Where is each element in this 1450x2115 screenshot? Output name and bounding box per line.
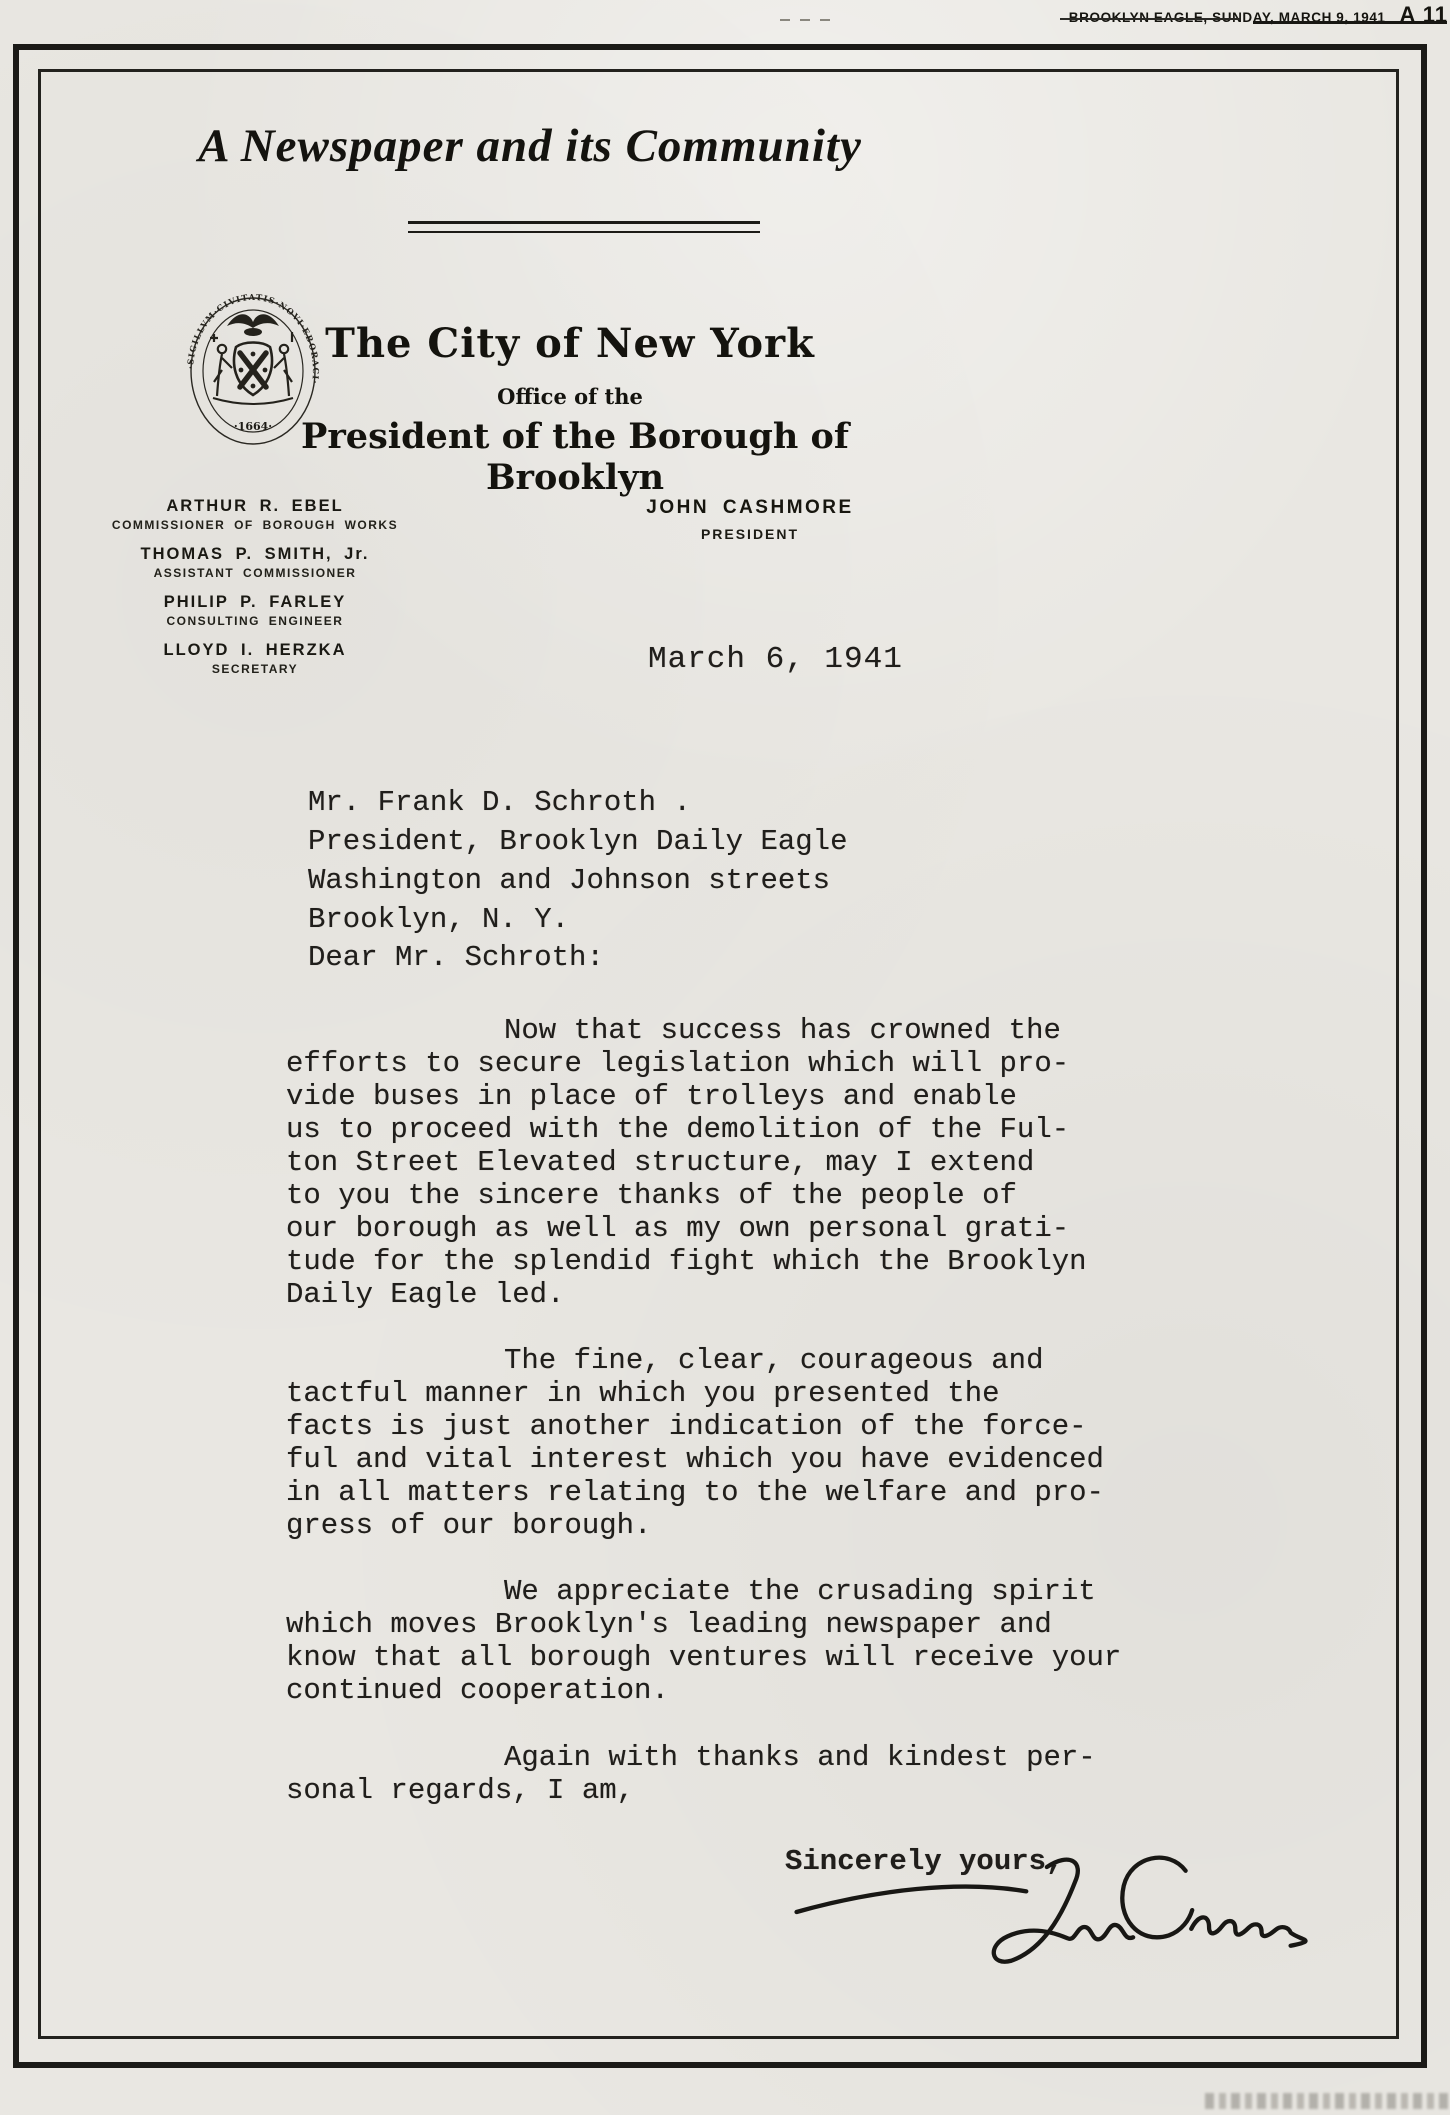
official-name: THOMAS P. SMITH, Jr. xyxy=(85,545,425,564)
body-line: our borough as well as my own personal g… xyxy=(286,1212,1186,1245)
masthead-rule xyxy=(1253,21,1447,24)
body-line: We appreciate the crusading spirit xyxy=(286,1575,1186,1608)
article-title: A Newspaper and its Community xyxy=(140,119,920,173)
official-title: COMMISSIONER OF BOROUGH WORKS xyxy=(85,518,425,532)
body-line: Now that success has crowned the xyxy=(286,1014,1186,1047)
body-line: Again with thanks and kindest per- xyxy=(286,1741,1186,1774)
signature-first-name xyxy=(994,1860,1133,1962)
signature-john-cashmore xyxy=(745,1852,1345,1987)
signature-flourish xyxy=(797,1887,1027,1912)
body-line: to you the sincere thanks of the people … xyxy=(286,1179,1186,1212)
scan-artifact-smudge xyxy=(1205,2093,1450,2109)
body-line: in all matters relating to the welfare a… xyxy=(286,1476,1186,1509)
signature-last-name xyxy=(1191,1917,1305,1945)
letter-paragraph-4: Again with thanks and kindest per- sonal… xyxy=(286,1741,1186,1807)
official-entry: PHILIP P. FARLEY CONSULTING ENGINEER xyxy=(85,593,425,628)
body-line: which moves Brooklyn's leading newspaper… xyxy=(286,1608,1186,1641)
official-title: ASSISTANT COMMISSIONER xyxy=(85,566,425,580)
body-line: ton Street Elevated structure, may I ext… xyxy=(286,1146,1186,1179)
official-name: LLOYD I. HERZKA xyxy=(85,641,425,660)
body-line: continued cooperation. xyxy=(286,1674,1186,1707)
title-double-rule xyxy=(408,221,760,233)
body-line: vide buses in place of trolleys and enab… xyxy=(286,1080,1186,1113)
masthead: BROOKLYN EAGLE, SUNDAY, MARCH 9, 1941 A … xyxy=(1000,2,1448,28)
president-title: PRESIDENT xyxy=(600,526,900,542)
letter-paragraph-1: Now that success has crowned the efforts… xyxy=(286,1014,1186,1311)
body-line: The fine, clear, courageous and xyxy=(286,1344,1186,1377)
official-entry: ARTHUR R. EBEL COMMISSIONER OF BOROUGH W… xyxy=(85,497,425,532)
masthead-rule xyxy=(1060,18,1240,20)
body-line: sonal regards, I am, xyxy=(286,1774,1186,1807)
body-line: gress of our borough. xyxy=(286,1509,1186,1542)
official-name: PHILIP P. FARLEY xyxy=(85,593,425,612)
official-entry: LLOYD I. HERZKA SECRETARY xyxy=(85,641,425,676)
scan-artifact-dashes xyxy=(780,19,836,21)
signature-last-initial xyxy=(1122,1858,1192,1938)
body-line: efforts to secure legislation which will… xyxy=(286,1047,1186,1080)
official-entry: THOMAS P. SMITH, Jr. ASSISTANT COMMISSIO… xyxy=(85,545,425,580)
letter-paragraph-3: We appreciate the crusading spirit which… xyxy=(286,1575,1186,1707)
body-line: know that all borough ventures will rece… xyxy=(286,1641,1186,1674)
official-title: SECRETARY xyxy=(85,662,425,676)
body-line: us to proceed with the demolition of the… xyxy=(286,1113,1186,1146)
seal-eagle-perch xyxy=(244,328,262,336)
letterhead-city: The City of New York xyxy=(270,320,870,367)
masthead-page-number: A 11 xyxy=(1400,2,1448,28)
recipient-line: President, Brooklyn Daily Eagle xyxy=(308,822,848,861)
body-line: ful and vital interest which you have ev… xyxy=(286,1443,1186,1476)
body-line: facts is just another indication of the … xyxy=(286,1410,1186,1443)
president-block: JOHN CASHMORE PRESIDENT xyxy=(600,497,900,542)
recipient-line: Washington and Johnson streets xyxy=(308,861,848,900)
body-line: tude for the splendid fight which the Br… xyxy=(286,1245,1186,1278)
letter-paragraph-2: The fine, clear, courageous and tactful … xyxy=(286,1344,1186,1542)
letterhead-office-line: Office of the xyxy=(270,384,870,409)
officials-list: ARTHUR R. EBEL COMMISSIONER OF BOROUGH W… xyxy=(85,497,425,689)
seal-shield xyxy=(234,343,272,396)
recipient-line: Mr. Frank D. Schroth . xyxy=(308,783,848,822)
official-title: CONSULTING ENGINEER xyxy=(85,614,425,628)
recipient-address: Mr. Frank D. Schroth . President, Brookl… xyxy=(308,783,848,939)
recipient-line: Brooklyn, N. Y. xyxy=(308,900,848,939)
letter-date: March 6, 1941 xyxy=(648,642,903,677)
body-line: tactful manner in which you presented th… xyxy=(286,1377,1186,1410)
official-name: ARTHUR R. EBEL xyxy=(85,497,425,516)
president-name: JOHN CASHMORE xyxy=(600,497,900,519)
letterhead-president-line: President of the Borough of Brooklyn xyxy=(230,416,920,498)
body-line: Daily Eagle led. xyxy=(286,1278,1186,1311)
seal-left-figure xyxy=(210,334,232,396)
salutation: Dear Mr. Schroth: xyxy=(308,941,604,974)
